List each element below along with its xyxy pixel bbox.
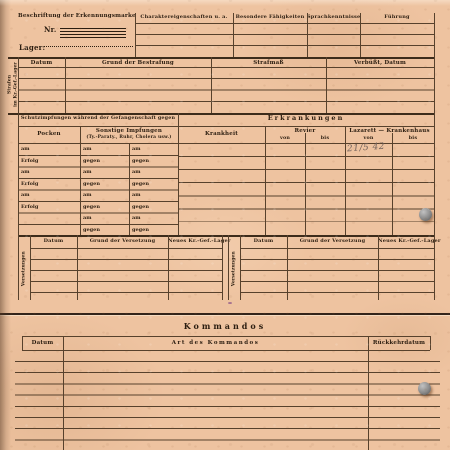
rule: [129, 143, 130, 235]
lager-fill-line: [44, 45, 133, 47]
rule: [77, 235, 78, 300]
rule: [434, 235, 435, 300]
strafen-col-strafmass: Strafmaß: [211, 60, 326, 66]
rule: [430, 336, 431, 350]
sonstige-header: Sonstige Impfungen: [80, 128, 178, 134]
versetzungen-side-label-right: Versetzungen: [231, 241, 237, 297]
rule: [378, 235, 379, 300]
kommandos-col-art: Art des Kommandos: [63, 340, 368, 346]
rule: [18, 57, 19, 113]
versetzungen-col-grund: Grund der Versetzung: [77, 239, 168, 245]
pow-record-card-scan: Beschriftung der Erkennungsmarke Nr. Lag…: [0, 0, 450, 450]
versetzungen-col-grund-right: Grund der Versetzung: [287, 239, 378, 245]
versetzungen-left-row-lines: [30, 259, 222, 293]
lazarett-von-label: von: [345, 136, 392, 142]
versetzungen-col-neues-lager: Neues Kr.-Gef.-Lager: [168, 239, 222, 245]
versetzungen-col-datum-right: Datum: [240, 239, 287, 245]
rule: [345, 126, 346, 235]
lazarett-header: Lazarett — Krankenhaus: [345, 128, 434, 134]
rule: [18, 67, 434, 68]
handwritten-hospital-date: 21/5 42: [347, 142, 386, 155]
lager-label: Lager:: [19, 44, 45, 52]
vacc-label: gegen: [132, 227, 149, 233]
rule: [18, 235, 19, 300]
kommandos-col-rueckkehr: Rückkehrdatum: [368, 340, 430, 346]
versetzungen-side-label-left: Versetzungen: [21, 241, 27, 297]
rule: [287, 235, 288, 300]
vacc-label: am: [83, 146, 92, 152]
rule: [30, 248, 222, 249]
rule: [434, 57, 435, 113]
paper-top-edge-highlight: [0, 0, 450, 6]
rule: [392, 133, 393, 235]
revier-bis-label: bis: [305, 136, 345, 142]
assessment-row-lines: [135, 23, 434, 47]
sprachen-header: Sprachkenntnisse: [307, 15, 360, 21]
rivet-upper: [419, 208, 432, 221]
fuehrung-header: Führung: [360, 15, 434, 21]
kommandos-col-datum: Datum: [22, 340, 63, 346]
card-edge-highlight: [0, 315, 450, 317]
pocken-header: Pocken: [18, 131, 80, 137]
ink-speck: [228, 302, 232, 304]
id-tag-nr-label: Nr.: [44, 26, 56, 34]
rule: [18, 113, 19, 235]
rule: [434, 113, 435, 235]
rule: [30, 235, 31, 300]
versetzungen-right-row-lines: [240, 259, 434, 293]
rule: [178, 113, 179, 235]
strafen-col-datum: Datum: [18, 60, 65, 66]
krankheit-header: Krankheit: [178, 131, 265, 137]
erkrankungen-row-lines: [178, 156, 434, 222]
rule: [65, 57, 66, 113]
charakter-header: Charaktereigenschaften u. a.: [135, 15, 233, 21]
lazarett-bis-label: bis: [392, 136, 434, 142]
impfungen-title: Schutzimpfungen während der Gefangenscha…: [20, 116, 176, 122]
kommandos-title: Kommandos: [0, 322, 450, 331]
identity-title: Beschriftung der Erkennungsmarke: [18, 13, 135, 19]
rule: [80, 126, 81, 235]
vacc-label: am: [21, 146, 30, 152]
rule: [211, 57, 212, 113]
kommandos-row-lines: [15, 361, 440, 450]
sonstige-subheader: (Ty.-Paraty., Ruhr, Cholera usw.): [80, 135, 178, 140]
strafen-col-grund: Grund der Bestrafung: [65, 60, 211, 66]
strafen-col-verbuesst: Verbüßt, Datum: [326, 60, 434, 66]
rule: [18, 235, 434, 237]
faehigkeiten-header: Besondere Fähigkeiten: [233, 15, 307, 21]
strafen-side-label: Strafen im Kr.-Gef.-Lager: [8, 55, 19, 115]
strafen-row-lines: [18, 78, 434, 102]
rule: [434, 13, 435, 57]
rule: [240, 248, 434, 249]
versetzungen-col-neues-lager-right: Neues Kr.-Gef.-Lager: [378, 239, 434, 245]
id-tag-number-lines: [60, 28, 126, 38]
rule: [22, 336, 23, 350]
vacc-label: am: [132, 146, 141, 152]
rule: [168, 235, 169, 300]
rule: [265, 126, 266, 235]
revier-von-label: von: [265, 136, 305, 142]
strafen-side-label-line1: Strafen: [8, 75, 13, 94]
rule: [326, 57, 327, 113]
rule: [8, 57, 434, 59]
rule: [222, 235, 223, 300]
rule: [240, 235, 241, 300]
rule: [305, 133, 306, 235]
vacc-label: gegen: [83, 227, 100, 233]
impfungen-row-lines: [18, 155, 178, 225]
erkrankungen-title: Erkrankungen: [178, 115, 434, 122]
rivet-lower: [418, 382, 431, 395]
versetzungen-col-datum: Datum: [30, 239, 77, 245]
rule: [228, 235, 229, 300]
